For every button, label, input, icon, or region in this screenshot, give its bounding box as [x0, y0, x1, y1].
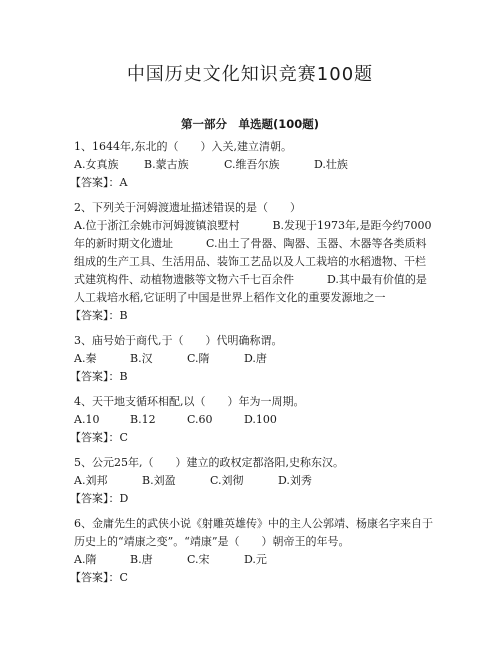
option-c: C.宋 — [187, 551, 244, 569]
option-a: A.女真族 — [74, 156, 144, 174]
option-a: A.刘邦 — [74, 472, 142, 490]
option-d: D.刘秀 — [278, 472, 312, 490]
question-3: 3、庙号始于商代,于（ ）代明确称谓。 A.秦 B.汉 C.隋 D.唐 【答案】… — [74, 332, 434, 386]
option-a: A.10 — [74, 411, 130, 429]
answer: 【答案】：D — [70, 490, 434, 508]
options-body: A.位于浙江余姚市河姆渡镇浪墅村 B.发现于1973年,是距今约7000年的新时… — [74, 217, 434, 307]
document-title: 中国历史文化知识竞赛100题 — [0, 60, 500, 86]
options-row: A.刘邦 B.刘盈 C.刘彻 D.刘秀 — [74, 472, 434, 490]
question-2: 2、下列关于河姆渡遗址描述错误的是（ ） A.位于浙江余姚市河姆渡镇浪墅村 B.… — [74, 199, 434, 325]
option-d: D.壮族 — [314, 156, 348, 174]
options-row: A.10 B.12 C.60 D.100 — [74, 411, 434, 429]
option-c: C.刘彻 — [210, 472, 278, 490]
option-a: A.隋 — [74, 551, 130, 569]
option-c: C.隋 — [187, 350, 244, 368]
question-1: 1、1644年,东北的（ ）入关,建立清朝。 A.女真族 B.蒙古族 C.维吾尔… — [74, 138, 434, 192]
question-6: 6、金庸先生的武侠小说《射雕英雄传》中的主人公郭靖、杨康名字来自于历史上的“靖康… — [74, 515, 434, 587]
option-b: B.汉 — [130, 350, 187, 368]
options-row: A.女真族 B.蒙古族 C.维吾尔族 D.壮族 — [74, 156, 434, 174]
option-b: B.蒙古族 — [144, 156, 224, 174]
option-b: B.唐 — [130, 551, 187, 569]
question-list: 1、1644年,东北的（ ）入关,建立清朝。 A.女真族 B.蒙古族 C.维吾尔… — [74, 138, 434, 594]
option-c: C.60 — [187, 411, 244, 429]
options-row: A.秦 B.汉 C.隋 D.唐 — [74, 350, 434, 368]
options-row: A.隋 B.唐 C.宋 D.元 — [74, 551, 434, 569]
option-d: D.100 — [244, 411, 277, 429]
question-4: 4、天干地支循环相配,以（ ）年为一周期。 A.10 B.12 C.60 D.1… — [74, 393, 434, 447]
option-b: B.刘盈 — [142, 472, 210, 490]
question-stem: 2、下列关于河姆渡遗址描述错误的是（ ） — [74, 199, 434, 217]
question-stem: 3、庙号始于商代,于（ ）代明确称谓。 — [74, 332, 434, 350]
answer: 【答案】：C — [70, 569, 434, 587]
question-stem: 1、1644年,东北的（ ）入关,建立清朝。 — [74, 138, 434, 156]
question-5: 5、公元25年,（ ）建立的政权定都洛阳,史称东汉。 A.刘邦 B.刘盈 C.刘… — [74, 454, 434, 508]
question-stem: 6、金庸先生的武侠小说《射雕英雄传》中的主人公郭靖、杨康名字来自于历史上的“靖康… — [74, 515, 434, 551]
section-heading: 第一部分 单选题(100题) — [0, 116, 500, 132]
option-b: B.12 — [130, 411, 187, 429]
question-stem: 5、公元25年,（ ）建立的政权定都洛阳,史称东汉。 — [74, 454, 434, 472]
answer: 【答案】：C — [70, 429, 434, 447]
answer: 【答案】：A — [70, 174, 434, 192]
option-d: D.唐 — [244, 350, 267, 368]
question-stem: 4、天干地支循环相配,以（ ）年为一周期。 — [74, 393, 434, 411]
option-d: D.元 — [244, 551, 267, 569]
answer: 【答案】：B — [70, 368, 434, 386]
option-c: C.维吾尔族 — [224, 156, 314, 174]
option-a: A.秦 — [74, 350, 130, 368]
answer: 【答案】：B — [70, 307, 434, 325]
